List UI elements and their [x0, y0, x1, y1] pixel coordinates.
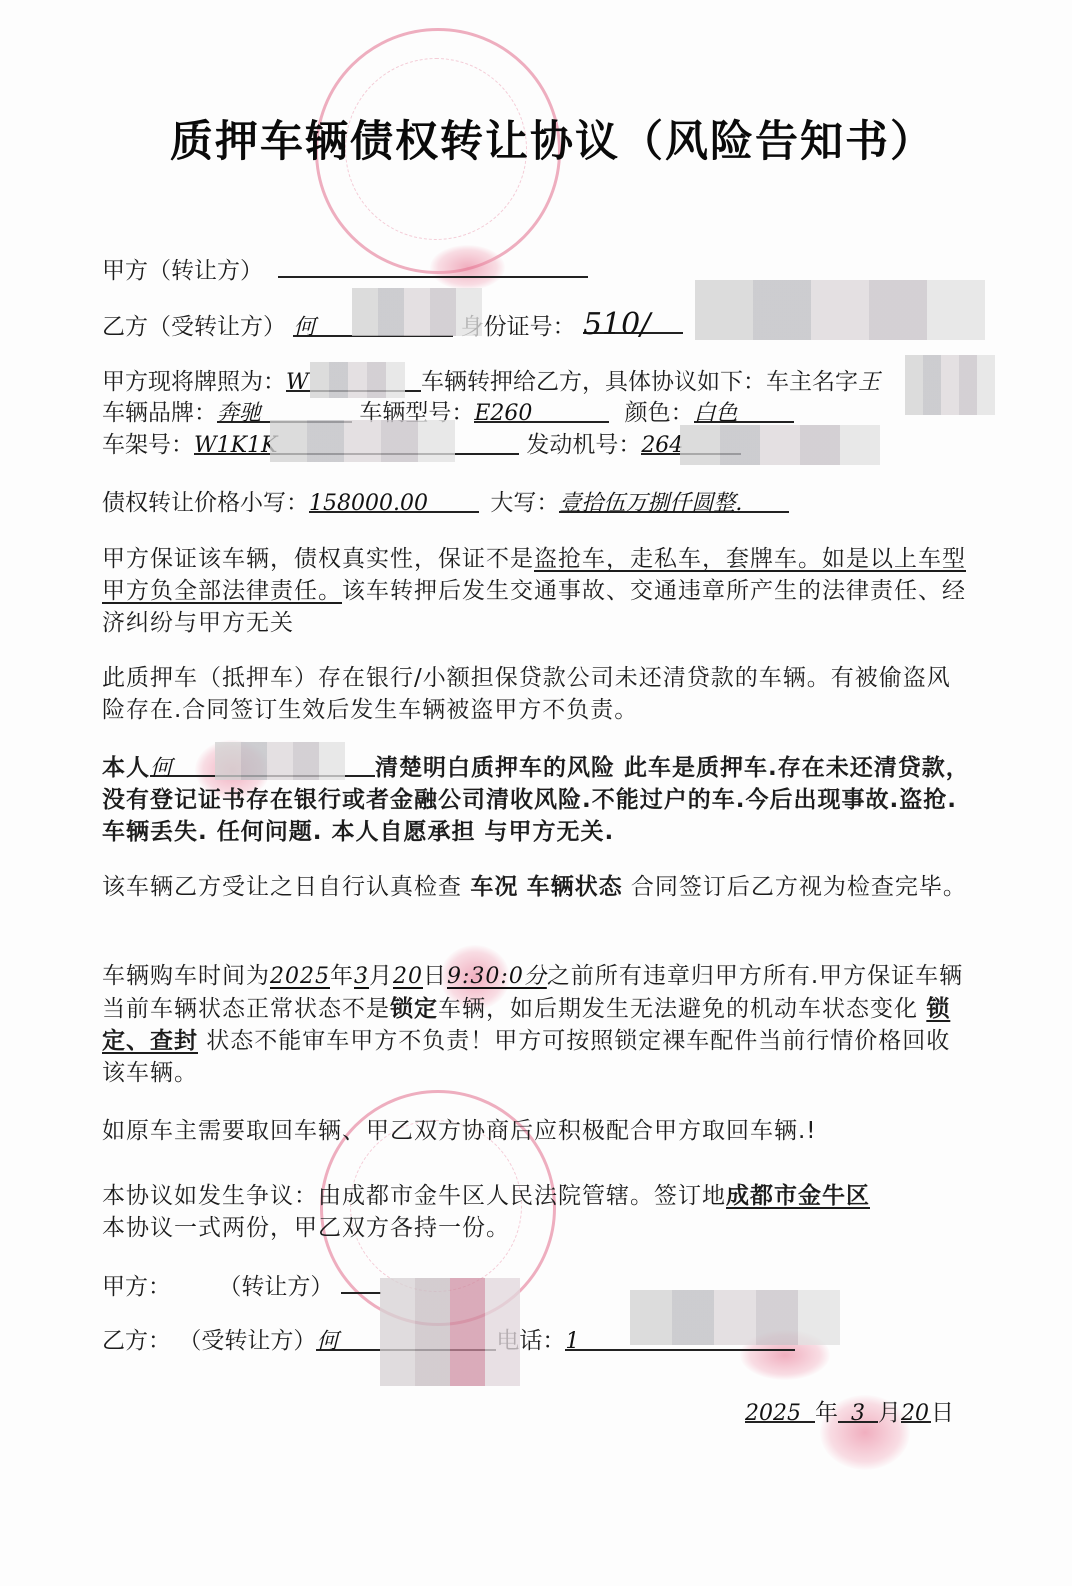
sign-party-a-label: 甲方： — [102, 1274, 171, 1300]
date-year: 2025 — [745, 1399, 815, 1423]
date-day-label: 日 — [931, 1400, 954, 1426]
purchase-year: 2025 — [270, 964, 330, 989]
copies-text: 本协议一式两份，甲乙双方各持一份。 — [102, 1215, 510, 1241]
date-year-label: 年 — [815, 1400, 838, 1426]
purchase-time-text: 车辆购车时间为 — [102, 963, 270, 989]
sign-party-a-row: 甲方： （转让方） — [102, 1270, 381, 1302]
price-small-label: 债权转让价格小写： — [102, 490, 309, 516]
plate-label: 甲方现将牌照为： — [102, 369, 286, 395]
pledge-risk-paragraph: 此质押车（抵押车）存在银行/小额担保贷款公司未还清贷款的车辆。有被偷盗风险存在.… — [102, 662, 972, 726]
vin-label: 车架号： — [102, 432, 194, 458]
dispute-text: 本协议如发生争议：由成都市金牛区人民法院管辖。签订地 — [102, 1183, 726, 1209]
day-label: 日 — [423, 963, 447, 989]
sign-party-a-role: （转让方） — [218, 1274, 333, 1300]
model-field: E260 — [474, 399, 609, 423]
redacted-party-b-name — [352, 288, 482, 336]
color-label: 颜色： — [625, 400, 694, 426]
document-title: 质押车辆债权转让协议（风险告知书） — [170, 108, 935, 169]
lock-bold: 锁定 — [390, 996, 438, 1022]
redacted-ack-name — [215, 742, 345, 780]
purchase-text-4: 状态不能审车甲方不负责！甲方可按照锁定裸车配件当前行情价格回收该车辆。 — [102, 1028, 950, 1086]
guarantee-paragraph: 甲方保证该车辆，债权真实性，保证不是盗抢车，走私车，套牌车。如是以上车型甲方负全… — [102, 543, 972, 639]
price-big-field: 壹拾伍万捌仟圆整. — [559, 489, 789, 513]
retrieve-paragraph: 如原车主需要取回车辆、甲乙双方协商后应积极配合甲方取回车辆.! — [102, 1115, 972, 1147]
purchase-day: 20 — [393, 964, 423, 989]
inspection-text-2: 合同签订后乙方视为检查完毕。 — [623, 874, 967, 900]
date-day: 20 — [901, 1399, 931, 1423]
year-label: 年 — [330, 963, 354, 989]
price-row: 债权转让价格小写：158000.00 大写：壹拾伍万捌仟圆整. — [102, 488, 789, 518]
sign-party-b-label: 乙方： — [102, 1328, 171, 1354]
dispute-paragraph: 本协议如发生争议：由成都市金牛区人民法院管辖。签订地成都市金牛区 本协议一式两份… — [102, 1180, 972, 1244]
date-month: 3 — [838, 1399, 878, 1423]
color-field: 白色 — [694, 399, 794, 423]
id-number-field: 510/ — [583, 310, 683, 334]
redacted-phone — [630, 1290, 840, 1345]
redacted-signature — [380, 1278, 520, 1386]
month-label: 月 — [369, 963, 393, 989]
purchase-month: 3 — [354, 964, 369, 989]
sign-party-b-role: （受转让方） — [178, 1328, 316, 1354]
party-a-row: 甲方（转让方） — [102, 254, 588, 286]
plate-middle-text: 车辆转押给乙方，具体协议如下：车主名字 — [421, 369, 858, 395]
signing-date: 2025年3月20日 — [745, 1398, 954, 1428]
party-a-field — [278, 254, 588, 278]
purchase-text-3: 车辆，如后期发生无法避免的机动车状态变化 — [438, 996, 926, 1022]
brand-label: 车辆品牌： — [102, 400, 217, 426]
redacted-engine — [680, 425, 880, 465]
party-a-label: 甲方（转让方） — [102, 258, 263, 284]
inspection-text: 该车辆乙方受让之日自行认真检查 — [102, 874, 470, 900]
date-month-label: 月 — [878, 1400, 901, 1426]
inspection-bold-2: 车辆状态 — [527, 874, 623, 900]
plate-row: 甲方现将牌照为：W车辆转押给乙方，具体协议如下：车主名字王 — [102, 367, 880, 398]
signing-place: 成都市金牛区 — [726, 1183, 870, 1209]
purchase-time-paragraph: 车辆购车时间为2025年3月20日9:30:0分之前所有违章归甲方所有.甲方保证… — [102, 960, 972, 1089]
sign-party-a-field — [341, 1270, 381, 1294]
purchase-time: 9:30:0分 — [447, 964, 547, 989]
ack-prefix: 本人 — [102, 755, 150, 781]
inspection-bold-1: 车况 — [470, 874, 518, 900]
document-page: 质押车辆债权转让协议（风险告知书） 甲方（转让方） 乙方（受转让方） 何 身份证… — [0, 0, 1072, 1586]
inspection-paragraph: 该车辆乙方受让之日自行认真检查 车况 车辆状态 合同签订后乙方视为检查完毕。 — [102, 871, 972, 903]
price-big-label: 大写： — [490, 490, 559, 516]
guarantee-text: 甲方保证该车辆，债权真实性，保证不是 — [102, 546, 534, 572]
engine-label: 发动机号： — [526, 432, 641, 458]
redacted-id-number — [695, 280, 985, 340]
redacted-plate — [310, 362, 405, 398]
redacted-owner — [905, 355, 995, 415]
redacted-vin — [270, 420, 455, 462]
owner-name-field: 王 — [858, 370, 880, 395]
party-b-label: 乙方（受转让方） — [102, 314, 286, 340]
price-small-field: 158000.00 — [309, 489, 479, 513]
